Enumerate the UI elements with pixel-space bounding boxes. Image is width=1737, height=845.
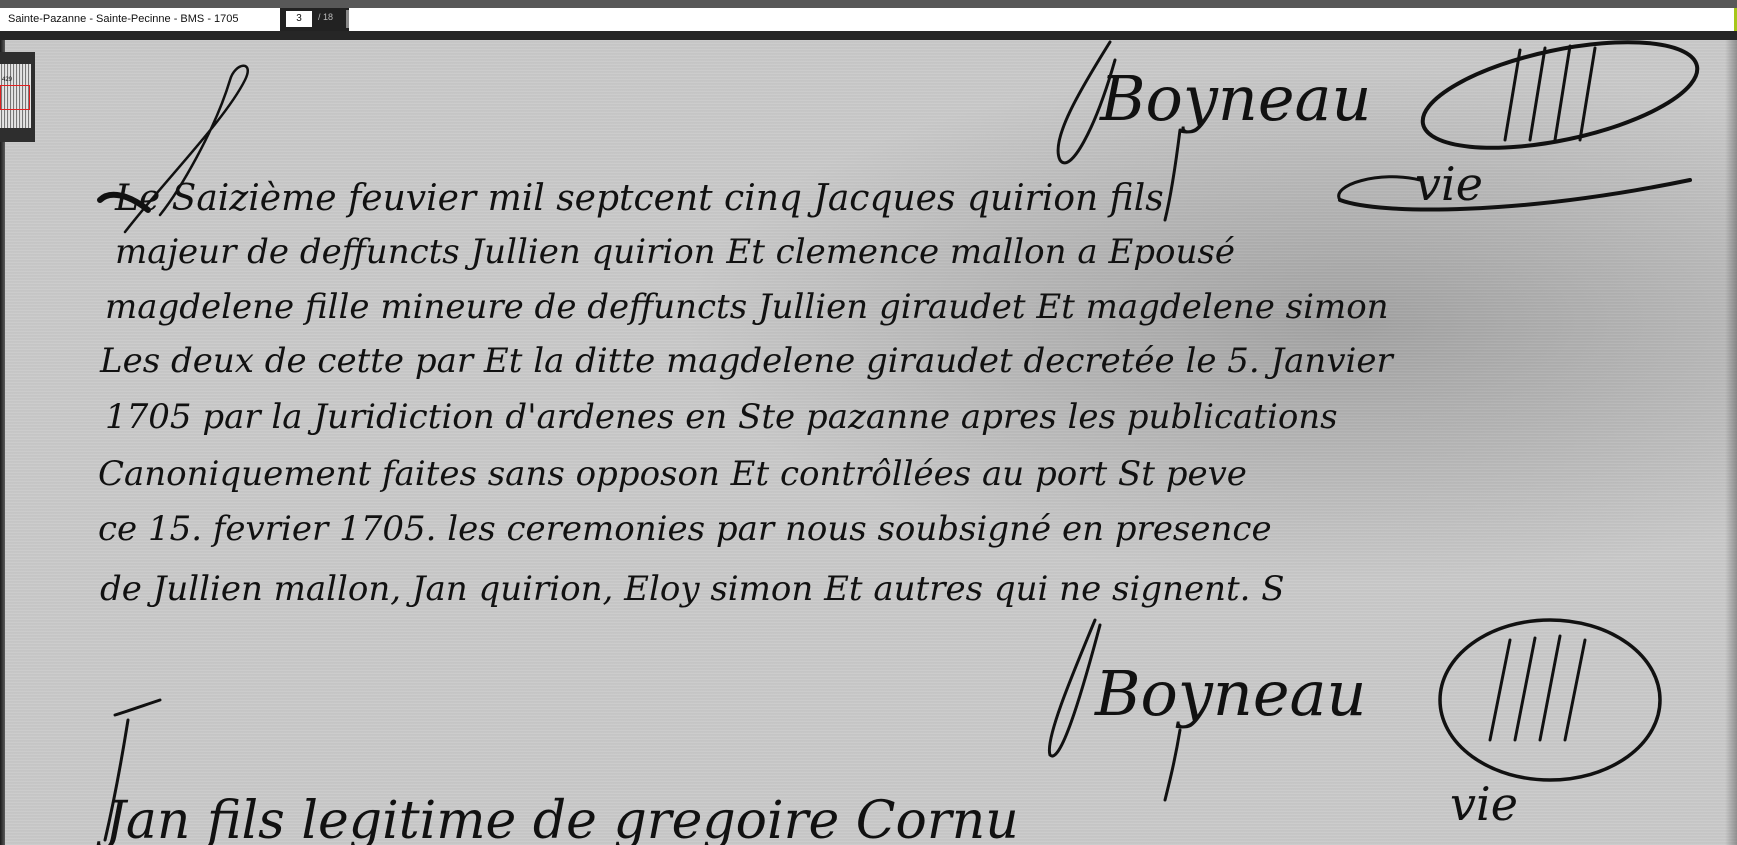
- manuscript-line-5: 1705 par la Juridiction d'ardenes en Ste…: [105, 397, 1338, 437]
- top-strip: [0, 0, 1737, 8]
- document-viewport[interactable]: Le Saizième feuvier mil septcent cinq Ja…: [0, 40, 1737, 845]
- page-number-input[interactable]: 3: [286, 11, 312, 27]
- manuscript-line-3: magdelene fille mineure de deffuncts Jul…: [105, 287, 1389, 327]
- page-navigator: 3 / 18: [280, 8, 349, 31]
- manuscript-line-2: majeur de deffuncts Jullien quirion Et c…: [115, 232, 1235, 272]
- svg-text:vie: vie: [1450, 777, 1518, 831]
- entry-2-first-line: Jan fils legitime de gregoire Cornu: [96, 791, 1019, 845]
- manuscript-line-1: Le Saizième feuvier mil septcent cinq Ja…: [114, 178, 1164, 219]
- svg-text:Boyneau: Boyneau: [1094, 657, 1366, 730]
- thumbnail-page-label: 429: [2, 77, 12, 83]
- manuscript-line-8: de Jullien mallon, Jan quirion, Eloy sim…: [100, 569, 1285, 609]
- page-overview-thumbnail[interactable]: 429: [0, 52, 35, 142]
- signature-bottom: Boyneau vie: [1049, 620, 1660, 831]
- svg-text:Boyneau: Boyneau: [1099, 62, 1371, 135]
- document-title: Sainte-Pazanne - Sainte-Pecinne - BMS - …: [8, 8, 239, 31]
- thumbnail-viewport-box[interactable]: [0, 85, 30, 110]
- manuscript-line-6: Canoniquement faites sans opposon Et con…: [98, 454, 1247, 494]
- svg-text:vie: vie: [1415, 157, 1483, 211]
- page-total-label: / 18: [318, 10, 333, 24]
- viewer-title-bar: Sainte-Pazanne - Sainte-Pecinne - BMS - …: [0, 8, 1737, 31]
- pager-arrow-icon[interactable]: [346, 10, 349, 28]
- manuscript-line-4: Les deux de cette par Et la ditte magdel…: [99, 341, 1395, 381]
- manuscript-line-7: ce 15. fevrier 1705. les ceremonies par …: [98, 509, 1272, 549]
- toolbar-band: [0, 31, 1737, 40]
- manuscript-scan: Le Saizième feuvier mil septcent cinq Ja…: [0, 40, 1737, 845]
